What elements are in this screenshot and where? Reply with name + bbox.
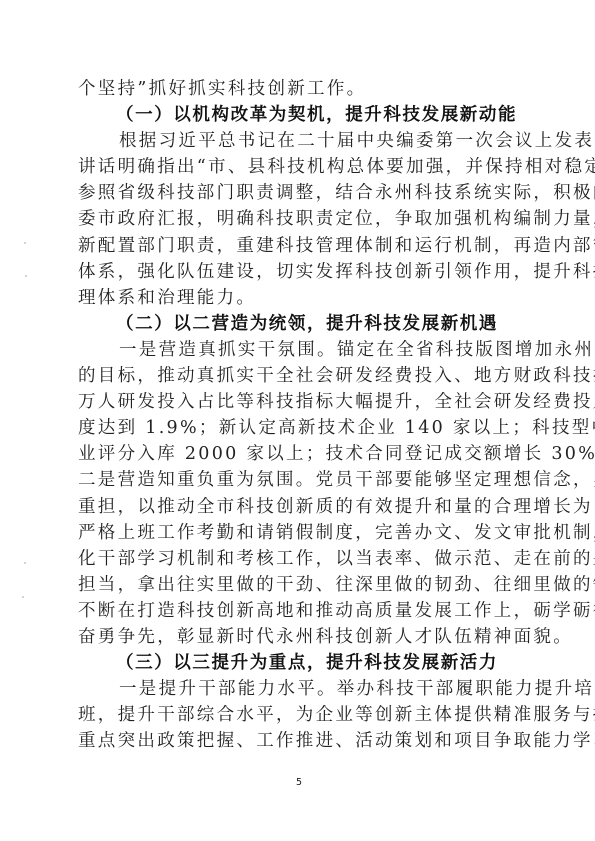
- body-line: 重担，以推动全市科技创新质的有效提升和量的合理增长为目标，: [78, 494, 528, 520]
- document-body: 个坚持”抓好抓实科技创新工作。 （一）以机构改革为契机，提升科技发展新动能 根据…: [78, 76, 528, 754]
- body-line: 度达到 1.9%；新认定高新技术企业 140 家以上；科技型中小企: [78, 415, 528, 441]
- body-line: 奋勇争先，彰显新时代永州科技创新人才队伍精神面貌。: [78, 624, 528, 650]
- body-line: 的目标，推动真抓实干全社会研发经费投入、地方财政科技投入、: [78, 363, 528, 389]
- body-line: 重点突出政策把握、工作推进、活动策划和项目争取能力学习落: [78, 728, 528, 754]
- body-line: 化干部学习机制和考核工作，以当表率、做示范、走在前的果敢: [78, 546, 528, 572]
- body-line: 二是营造知重负重为氛围。党员干部要能够坚定理想信念，勇挑: [78, 467, 528, 493]
- body-line: 班，提升干部综合水平，为企业等创新主体提供精准服务与指导，: [78, 702, 528, 728]
- section-heading-3: （三）以三提升为重点，提升科技发展新活力: [78, 650, 528, 676]
- body-line: 担当，拿出往实里做的干劲、往深里做的韧劲、往细里做的钻劲，: [78, 572, 528, 598]
- body-line: 理体系和治理能力。: [78, 285, 528, 311]
- body-line: 一是提升干部能力水平。举办科技干部履职能力提升培训: [78, 676, 528, 702]
- body-line: 体系，强化队伍建设，切实发挥科技创新引领作用，提升科技治: [78, 259, 528, 285]
- page-number: 5: [296, 777, 302, 788]
- scan-speck: [24, 562, 26, 564]
- body-line: 严格上班工作考勤和请销假制度，完善办文、发文审批机制，强: [78, 520, 528, 546]
- scan-speck: [24, 242, 26, 244]
- section-heading-1: （一）以机构改革为契机，提升科技发展新动能: [78, 102, 528, 128]
- document-page: 个坚持”抓好抓实科技创新工作。 （一）以机构改革为契机，提升科技发展新动能 根据…: [0, 0, 595, 841]
- body-line: 参照省级科技部门职责调整，结合永州科技系统实际，积极向市: [78, 180, 528, 206]
- body-line: 委市政府汇报，明确科技职责定位，争取加强机构编制力量，重: [78, 206, 528, 232]
- body-line: 个坚持”抓好抓实科技创新工作。: [78, 76, 528, 102]
- body-line: 讲话明确指出“市、县科技机构总体要加强，并保持相对稳定”，: [78, 154, 528, 180]
- body-line: 不断在打造科技创新高地和推动高质量发展工作上，砺学砺行，: [78, 598, 528, 624]
- scan-speck: [25, 275, 27, 277]
- scan-speck: [22, 596, 24, 598]
- body-line: 万人研发投入占比等科技指标大幅提升，全社会研发经费投入强: [78, 389, 528, 415]
- body-line: 业评分入库 2000 家以上；技术合同登记成交额增长 30%以上；: [78, 441, 528, 467]
- body-line: 一是营造真抓实干氛围。锚定在全省科技版图增加永州分量: [78, 337, 528, 363]
- body-line: 根据习近平总书记在二十届中央编委第一次会议上发表重要: [78, 128, 528, 154]
- section-heading-2: （二）以二营造为统领，提升科技发展新机遇: [78, 311, 528, 337]
- body-line: 新配置部门职责，重建科技管理体制和运行机制，再造内部管理: [78, 233, 528, 259]
